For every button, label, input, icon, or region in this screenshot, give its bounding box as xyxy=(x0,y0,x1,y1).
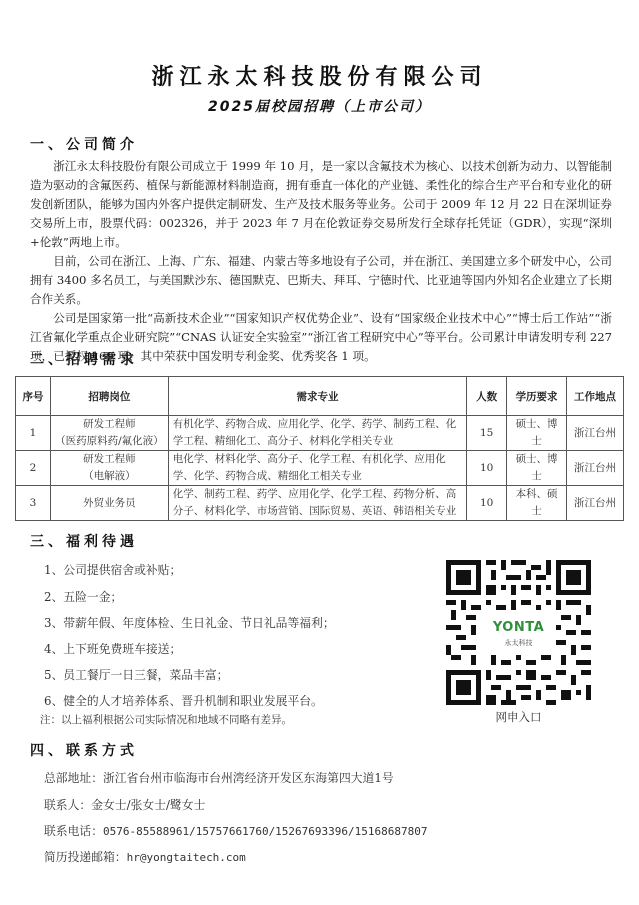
recruitment-table: 序号 招聘岗位 需求专业 人数 学历要求 工作地点 1 研发工程师 （医药原料药… xyxy=(15,376,624,521)
cell-location: 浙江台州 xyxy=(567,416,624,451)
cell-count: 15 xyxy=(467,416,507,451)
table-row: 1 研发工程师 （医药原料药/氟化液） 有机化学、药物合成、应用化学、化学、药学… xyxy=(16,416,624,451)
address-label: 总部地址： xyxy=(44,771,103,785)
cell-position: 外贸业务员 xyxy=(50,486,168,521)
benefit-item: 6、健全的人才培养体系、晋升机制和职业发展平台。 xyxy=(44,692,323,709)
header-count: 人数 xyxy=(467,377,507,416)
table-header-row: 序号 招聘岗位 需求专业 人数 学历要求 工作地点 xyxy=(16,377,624,416)
section-heading-contact: 四、联系方式 xyxy=(30,740,138,760)
intro-paragraph-2: 目前，公司在浙江、上海、广东、福建、内蒙古等多地设有子公司，并在浙江、美国建立多… xyxy=(30,252,612,309)
section-heading-benefits: 三、福利待遇 xyxy=(30,531,138,551)
benefit-item: 4、上下班免费班车接送； xyxy=(44,640,181,657)
cell-location: 浙江台州 xyxy=(567,486,624,521)
email-link[interactable]: hr@yongtaitech.com xyxy=(127,851,246,864)
cell-education: 本科、硕士 xyxy=(507,486,567,521)
benefit-item: 5、员工餐厅一日三餐，菜品丰富； xyxy=(44,666,228,683)
phone-label: 联系电话： xyxy=(44,824,103,838)
address-value: 浙江省台州市临海市台州湾经济开发区东海第四大道1号 xyxy=(103,771,394,785)
position-subtitle: （医药原料药/氟化液） xyxy=(55,433,164,450)
benefits-note: 注：以上福利根据公司实际情况和地域不同略有差异。 xyxy=(40,712,292,727)
cell-majors: 化学、制药工程、药学、应用化学、化学工程、药物分析、高分子、材料化学、市场营销、… xyxy=(168,486,466,521)
contact-value: 金女士/张女士/鹭女士 xyxy=(91,798,205,812)
yonta-logo-text: YONTA xyxy=(446,620,591,635)
contact-label: 联系人： xyxy=(44,798,91,812)
table-row: 3 外贸业务员 化学、制药工程、药学、应用化学、化学工程、药物分析、高分子、材料… xyxy=(16,486,624,521)
benefit-item: 2、五险一金； xyxy=(44,588,122,605)
header-majors: 需求专业 xyxy=(168,377,466,416)
header-education: 学历要求 xyxy=(507,377,567,416)
phone-row: 联系电话：0576-85588961/15757661760/152676933… xyxy=(44,822,428,839)
application-qr-code[interactable]: YONTA 永太科技 xyxy=(446,560,591,705)
benefit-item: 3、带薪年假、年度体检、生日礼金、节日礼品等福利； xyxy=(44,614,335,631)
email-label: 简历投递邮箱： xyxy=(44,850,127,864)
header-no: 序号 xyxy=(16,377,51,416)
cell-no: 2 xyxy=(16,451,51,486)
table-row: 2 研发工程师 （电解液） 电化学、材料化学、高分子、化学工程、有机化学、应用化… xyxy=(16,451,624,486)
company-intro-text: 浙江永太科技股份有限公司成立于 1999 年 10 月，是一家以含氟技术为核心、… xyxy=(30,157,612,366)
cell-education: 硕士、博士 xyxy=(507,416,567,451)
cell-position: 研发工程师 （医药原料药/氟化液） xyxy=(50,416,168,451)
header-location: 工作地点 xyxy=(567,377,624,416)
cell-position: 研发工程师 （电解液） xyxy=(50,451,168,486)
cell-majors: 电化学、材料化学、高分子、化学工程、有机化学、应用化学、化学、药物合成、精细化工… xyxy=(168,451,466,486)
section-heading-company-intro: 一、公司简介 xyxy=(30,134,138,154)
email-row: 简历投递邮箱：hr@yongtaitech.com xyxy=(44,848,246,865)
cell-education: 硕士、博士 xyxy=(507,451,567,486)
address-row: 总部地址：浙江省台州市临海市台州湾经济开发区东海第四大道1号 xyxy=(44,769,394,786)
cell-no: 3 xyxy=(16,486,51,521)
header-position: 招聘岗位 xyxy=(50,377,168,416)
position-title: 研发工程师 xyxy=(55,416,164,433)
position-subtitle: （电解液） xyxy=(55,468,164,485)
cell-no: 1 xyxy=(16,416,51,451)
cell-count: 10 xyxy=(467,451,507,486)
intro-paragraph-1: 浙江永太科技股份有限公司成立于 1999 年 10 月，是一家以含氟技术为核心、… xyxy=(30,157,612,252)
document-title: 浙江永太科技股份有限公司 xyxy=(0,60,639,91)
qr-caption: 网申入口 xyxy=(446,709,591,725)
contact-person-row: 联系人：金女士/张女士/鹭女士 xyxy=(44,796,205,813)
position-title: 研发工程师 xyxy=(55,451,164,468)
cell-majors: 有机化学、药物合成、应用化学、化学、药学、制药工程、化学工程、精细化工、高分子、… xyxy=(168,416,466,451)
yonta-logo-subtext: 永太科技 xyxy=(446,638,591,648)
cell-count: 10 xyxy=(467,486,507,521)
document-subtitle: 2025届校园招聘（上市公司） xyxy=(0,96,639,116)
phone-value[interactable]: 0576-85588961/15757661760/15267693396/15… xyxy=(103,825,428,838)
cell-location: 浙江台州 xyxy=(567,451,624,486)
section-heading-recruitment: 二、招聘需求 xyxy=(30,349,138,369)
benefit-item: 1、公司提供宿舍或补贴； xyxy=(44,561,181,578)
